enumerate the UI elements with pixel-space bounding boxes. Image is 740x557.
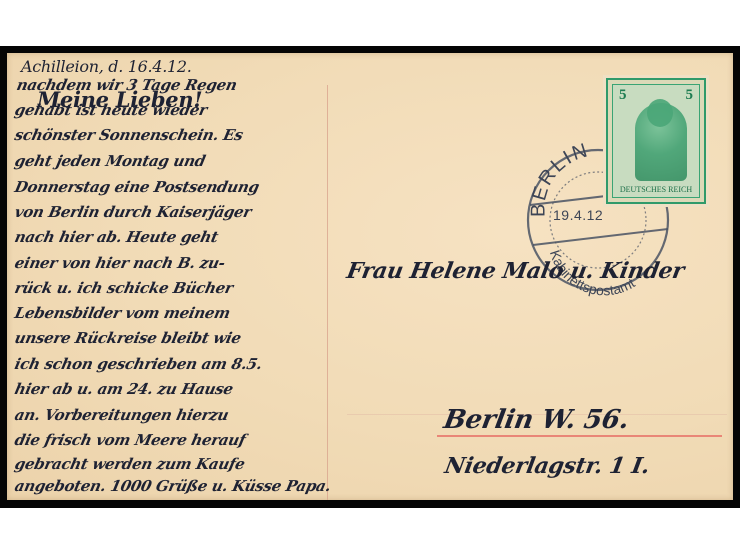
message-line: einer von hier nach B. zu- <box>13 254 227 272</box>
message-line: Lebensbilder vom meinem <box>13 304 232 322</box>
message-line: geht jeden Montag und <box>13 152 207 170</box>
postcard-divider-line <box>327 85 328 500</box>
message-place-date: Achilleion, d. 16.4.12. <box>21 57 192 76</box>
message-line: ich schon geschrieben am 8.5. <box>13 355 264 373</box>
address-city: Berlin W. 56. <box>441 405 631 435</box>
germania-head-icon <box>647 99 673 127</box>
svg-text:BERLIN: BERLIN <box>527 139 591 217</box>
message-line: gehabt ist heute wieder <box>13 101 209 119</box>
message-line: von Berlin durch Kaiserjäger <box>13 203 253 221</box>
message-line: rück u. ich schicke Bücher <box>13 279 234 297</box>
postmark-city: BERLIN <box>527 139 591 217</box>
message-line: unsere Rückreise bleibt wie <box>13 329 243 347</box>
message-line: hier ab u. am 24. zu Hause <box>13 380 235 398</box>
address-street: Niederlagstr. 1 I. <box>443 453 652 479</box>
message-line: nachdem wir 3 Tage Regen <box>15 76 238 94</box>
message-line: gebracht werden zum Kaufe <box>13 455 246 473</box>
postmark-date: 19.4.12 <box>553 207 603 223</box>
stamp-country: DEUTSCHES REICH <box>615 185 697 194</box>
message-line: schönster Sonnenschein. Es <box>13 126 245 144</box>
message-line: nach hier ab. Heute geht <box>13 228 220 246</box>
address-recipient: Frau Helene Malo u. Kinder <box>345 258 686 284</box>
message-line: an. Vorbereitungen hierzu <box>13 406 230 424</box>
message-line: angeboten. 1000 Grüße u. Küsse Papa. <box>13 477 332 495</box>
stamp-value-right: 5 <box>686 87 694 104</box>
address-underline <box>437 435 722 437</box>
stamp-value-left: 5 <box>619 87 627 104</box>
message-line: Donnerstag eine Postsendung <box>13 178 261 196</box>
stamp-frame: 5 5 DEUTSCHES REICH <box>612 84 700 198</box>
message-line: die frisch vom Meere herauf <box>13 431 247 449</box>
postage-stamp: 5 5 DEUTSCHES REICH <box>606 78 706 204</box>
